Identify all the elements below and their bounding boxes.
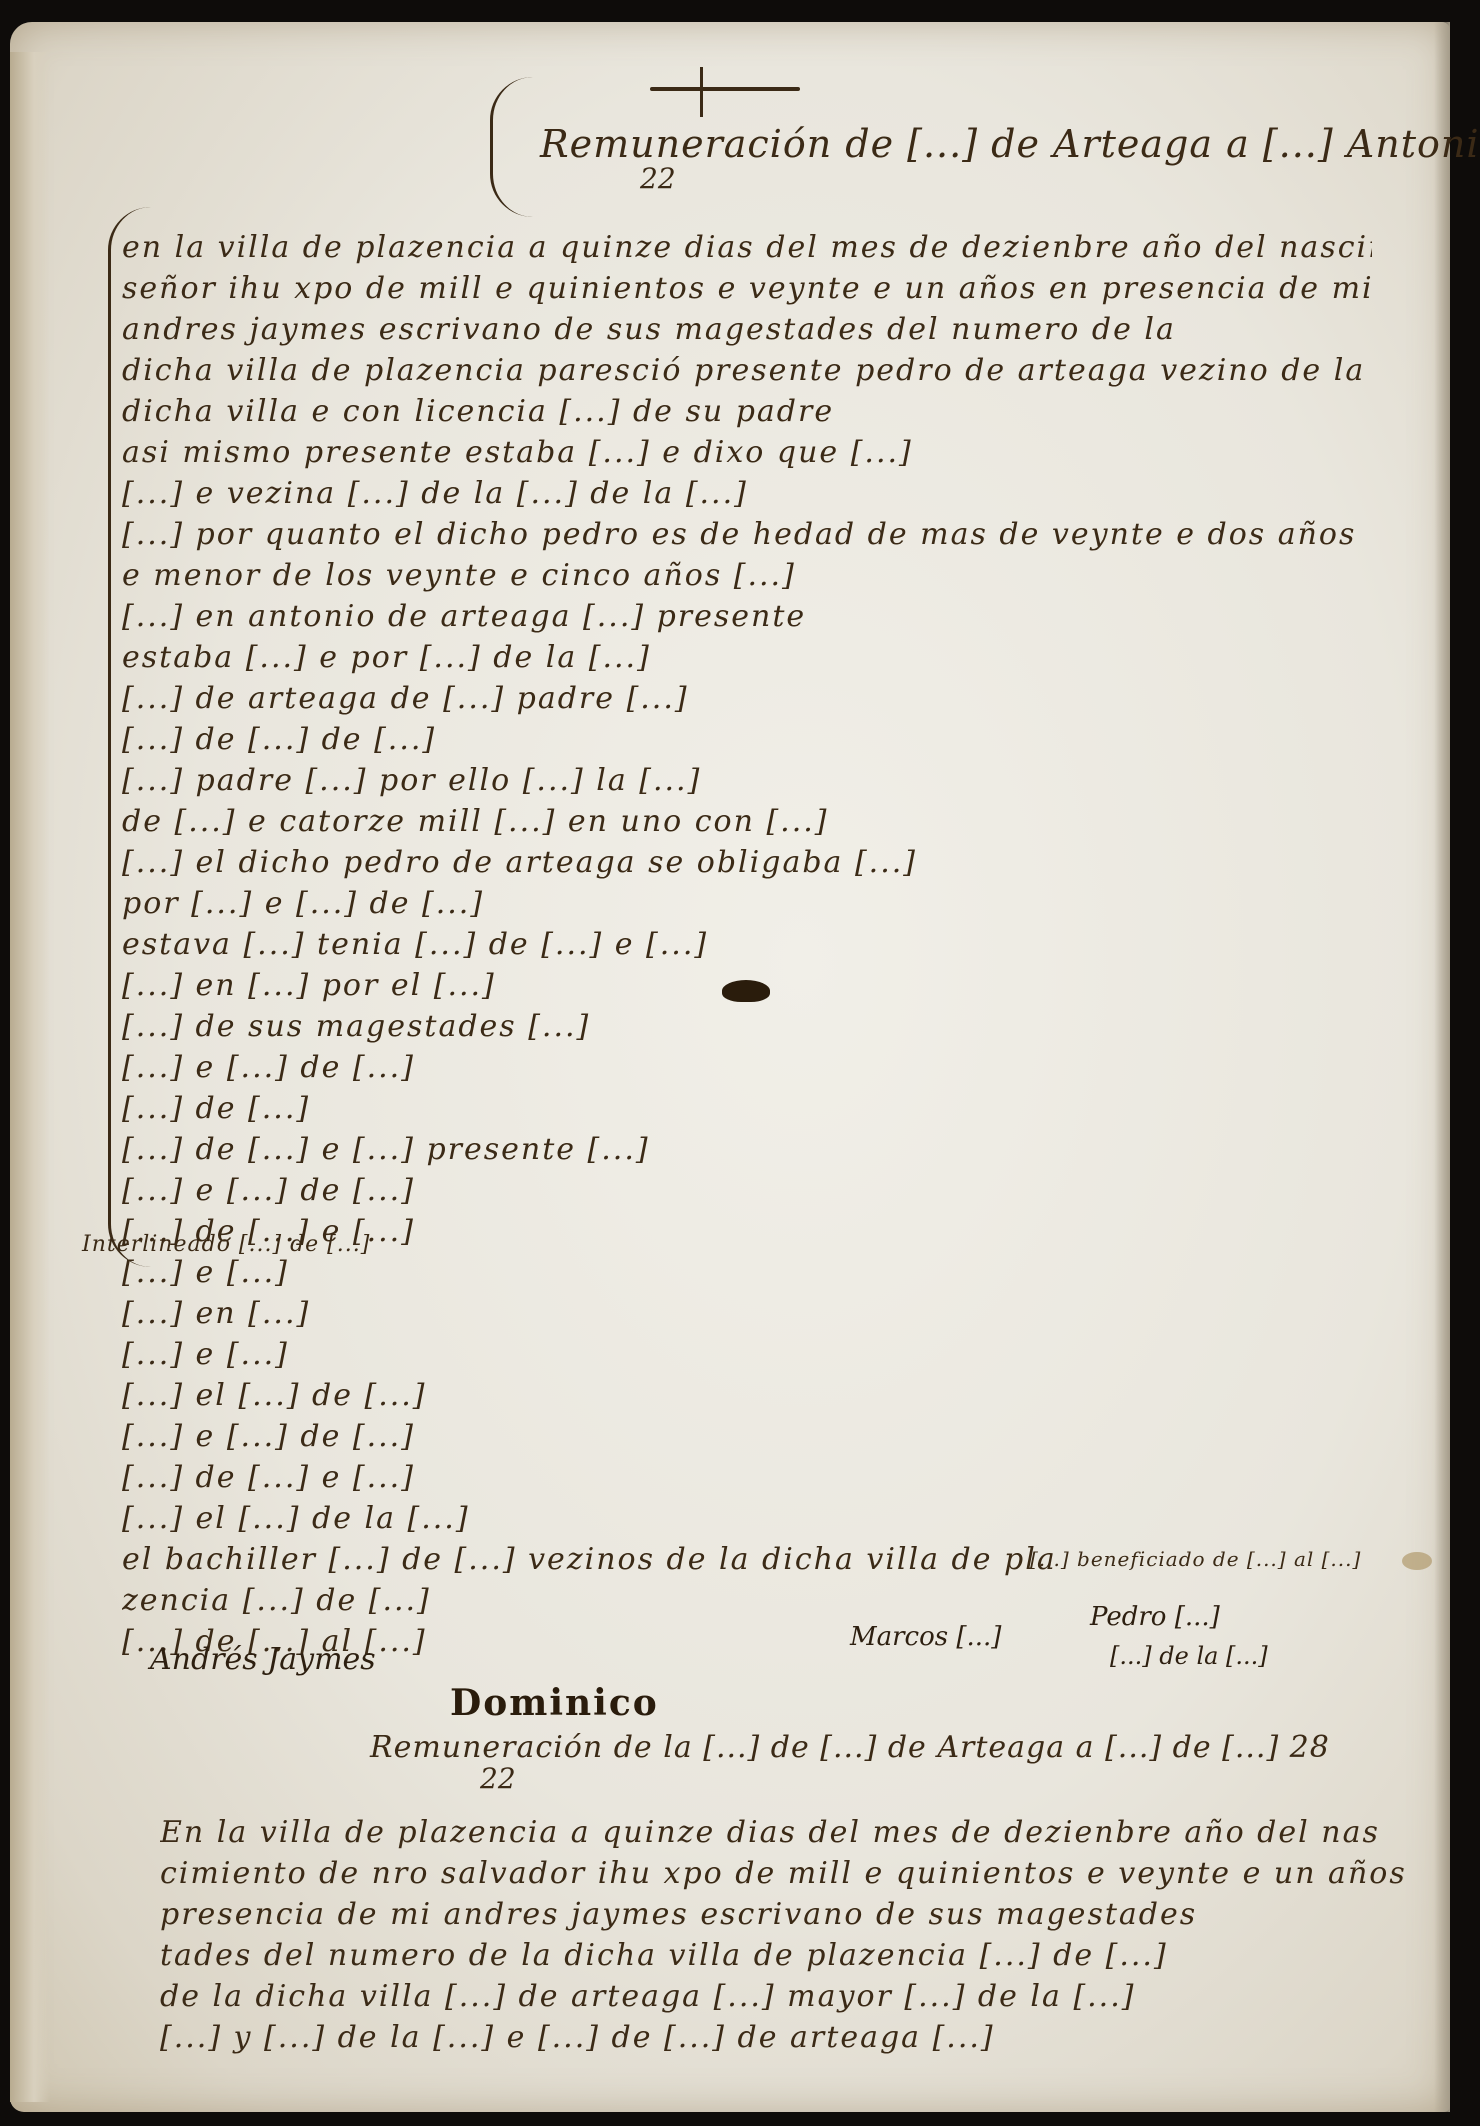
text-line: [...] e vezina [...] de la [...] de la [… — [122, 473, 1372, 514]
entry-1-body: en la villa de plazencia a quinze dias d… — [122, 227, 1372, 1662]
signature-notary: Andrés Jaymes — [150, 1642, 376, 1677]
text-line: cimiento de nro salvador ihu xpo de mill… — [160, 1853, 1410, 1894]
text-line: [...] de arteaga de [...] padre [...] — [122, 678, 1372, 719]
text-line: estava [...] tenia [...] de [...] e [...… — [122, 924, 1372, 965]
text-line: [...] el [...] de [...] — [122, 1375, 1372, 1416]
text-line: [...] por quanto el dicho pedro es de he… — [122, 514, 1372, 555]
entry-1-folio-note: 22 — [640, 162, 676, 195]
text-line: [...] el [...] de la [...] — [122, 1498, 1372, 1539]
text-line: de [...] e catorze mill [...] en uno con… — [122, 801, 1372, 842]
text-line: [...] de [...] de [...] — [122, 719, 1372, 760]
signature-witness-3: [...] de la [...] — [1110, 1642, 1268, 1670]
text-line: presencia de mi andres jaymes escrivano … — [160, 1894, 1410, 1935]
manuscript-page: Remuneración de [...] de Arteaga a [...]… — [10, 22, 1450, 2112]
text-line: [...] de [...] — [122, 1088, 1372, 1129]
text-line: [...] e [...] de [...] — [122, 1170, 1372, 1211]
text-line: [...] e [...] de [...] — [122, 1416, 1372, 1457]
text-line: [...] en antonio de arteaga [...] presen… — [122, 596, 1372, 637]
interlinear-note: [...] beneficiado de [...] al [...] — [1030, 1547, 1361, 1571]
heading-cross-icon — [700, 67, 703, 117]
text-line: [...] de [...] e [...] — [122, 1457, 1372, 1498]
entry-1-header: Remuneración de [...] de Arteaga a [...]… — [540, 122, 1480, 166]
text-line: en la villa de plazencia a quinze dias d… — [122, 227, 1372, 268]
entry-2-body: En la villa de plazencia a quinze dias d… — [160, 1812, 1410, 2058]
paper-stain — [1402, 1552, 1432, 1570]
text-line: andres jaymes escrivano de sus magestade… — [122, 309, 1372, 350]
text-line: [...] el dicho pedro de arteaga se oblig… — [122, 842, 1372, 883]
text-line: [...] e [...] de [...] — [122, 1047, 1372, 1088]
center-word: Dominico — [450, 1682, 659, 1724]
text-line: dicha villa e con licencia [...] de su p… — [122, 391, 1372, 432]
page-gutter — [10, 52, 50, 2102]
text-line: [...] en [...] — [122, 1293, 1372, 1334]
text-line: por [...] e [...] de [...] — [122, 883, 1372, 924]
ink-blot — [722, 980, 770, 1002]
text-line: señor ihu xpo de mill e quinientos e vey… — [122, 268, 1372, 309]
page-edge — [1434, 22, 1450, 2112]
text-line: de la dicha villa [...] de arteaga [...]… — [160, 1976, 1410, 2017]
signature-witness-2: Pedro [...] — [1090, 1602, 1220, 1632]
text-line: estaba [...] e por [...] de la [...] — [122, 637, 1372, 678]
text-line: dicha villa de plazencia paresció presen… — [122, 350, 1372, 391]
text-line: [...] de [...] e [...] presente [...] — [122, 1129, 1372, 1170]
text-line: asi mismo presente estaba [...] e dixo q… — [122, 432, 1372, 473]
signature-witness-1: Marcos [...] — [850, 1622, 1001, 1652]
entry-2-folio-note: 22 — [480, 1762, 516, 1795]
margin-note: Interlineado [...] de [...] — [82, 1232, 370, 1257]
text-line: tades del numero de la dicha villa de pl… — [160, 1935, 1410, 1976]
text-line: [...] y [...] de la [...] e [...] de [..… — [160, 2017, 1410, 2058]
text-line: [...] e [...] — [122, 1252, 1372, 1293]
heading-cross-bar — [650, 87, 800, 91]
entry-2-header: Remuneración de la [...] de [...] de Art… — [370, 1730, 1330, 1765]
heading-bracket — [490, 77, 533, 217]
text-line: [...] e [...] — [122, 1334, 1372, 1375]
text-line: e menor de los veynte e cinco años [...] — [122, 555, 1372, 596]
text-line: [...] padre [...] por ello [...] la [...… — [122, 760, 1372, 801]
text-line: En la villa de plazencia a quinze dias d… — [160, 1812, 1410, 1853]
text-line: [...] de sus magestades [...] — [122, 1006, 1372, 1047]
